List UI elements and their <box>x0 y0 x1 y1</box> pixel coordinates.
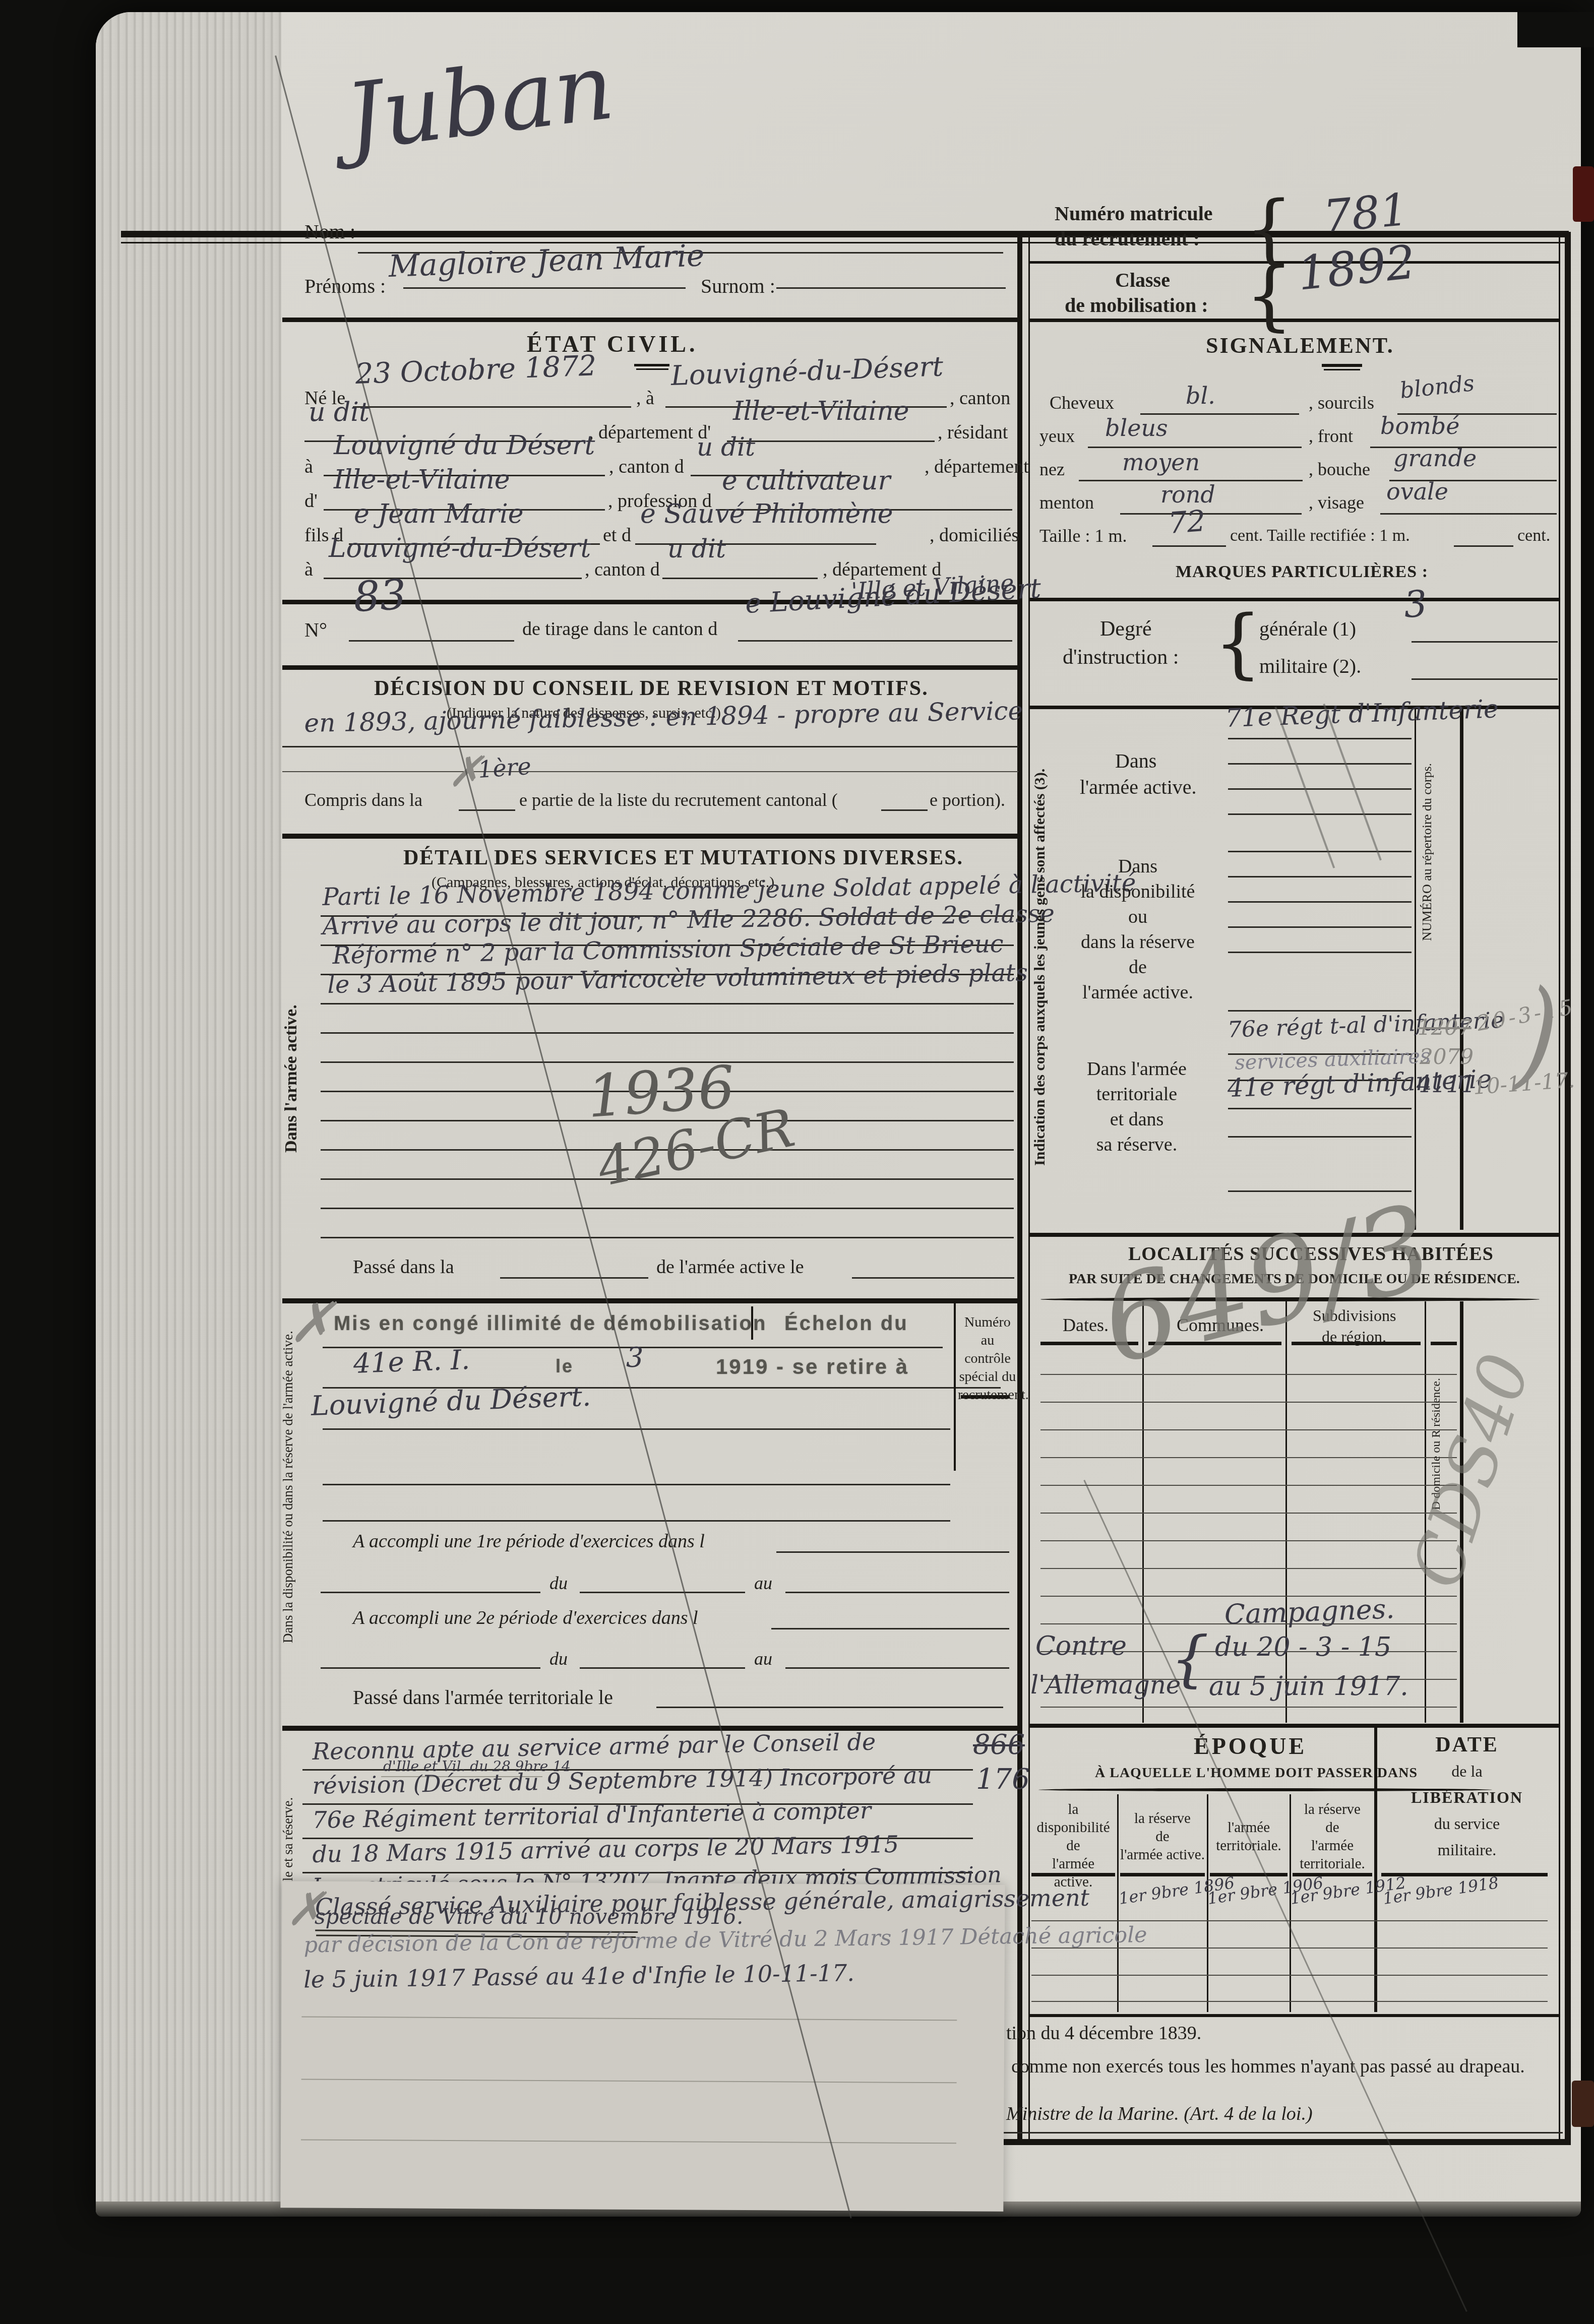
controle-divider <box>954 1302 956 1471</box>
pasted-slip: ✗ Classé service Auxiliaire pour faibles… <box>280 1881 1005 2211</box>
canton3-label: , canton d <box>585 558 660 581</box>
book-page-stack-edge <box>96 12 281 2216</box>
controle-label-line: Numéro <box>958 1313 1017 1332</box>
brace-glyph: { <box>1245 252 1293 340</box>
a2-label: à <box>304 456 313 478</box>
section-rule <box>282 665 1018 670</box>
tirage-label: de tirage dans le canton d <box>522 618 717 640</box>
table-row-line <box>1031 1920 1548 1921</box>
label-line: territoriale <box>1074 1082 1200 1107</box>
write-line <box>301 2016 957 2021</box>
write-line <box>1380 513 1557 515</box>
neighbor-page-red-mark <box>1573 166 1594 222</box>
compris-value: 1ère <box>477 752 532 783</box>
tirage-numero-label: N° <box>304 618 327 642</box>
d-label: d' <box>304 490 318 512</box>
a-label: , à <box>636 387 654 409</box>
write-line <box>656 1707 1003 1708</box>
footer-fragment-2: comme non exercés tous les hommes n'ayan… <box>1011 2055 1525 2078</box>
cent-label: cent. <box>1517 526 1550 545</box>
epoque-col1-header: la disponibilité de l'armée active. <box>1031 1800 1115 1891</box>
write-line <box>738 640 1012 642</box>
demob-annee-stamp: 1919 - se retire à <box>716 1355 909 1379</box>
label-line: de <box>1070 955 1206 980</box>
title-underline <box>1322 364 1362 367</box>
taille-label: Taille : 1 m. <box>1039 525 1127 546</box>
residence-value: Louvigné du Désert <box>334 430 595 461</box>
write-line <box>776 1551 1009 1553</box>
decision-title: DÉCISION DU CONSEIL DE REVISION ET MOTIF… <box>374 676 929 701</box>
du-label: du <box>549 1573 568 1594</box>
right-border-thin <box>1559 232 1560 2140</box>
table-row-line <box>1040 1374 1457 1375</box>
section-rule <box>282 318 1018 322</box>
write-line <box>1228 952 1412 953</box>
degre-label-line2: d'instruction : <box>1063 645 1179 669</box>
write-line <box>1454 545 1513 547</box>
matricule-value: 781 <box>1321 183 1410 242</box>
campagnes-du: du 20 - 3 - 15 <box>1215 1632 1391 1662</box>
header-line: de la <box>1381 1758 1553 1784</box>
compris-label-1: Compris dans la <box>304 789 422 810</box>
periode2-label: A accompli une 2e période d'exercices da… <box>353 1607 698 1629</box>
write-line <box>282 746 1018 747</box>
demob-stamp-text: Mis en congé illimité de démobilisation <box>334 1312 767 1335</box>
canton3-value: u dit <box>667 534 726 563</box>
write-line <box>1120 513 1302 515</box>
write-line <box>1228 1136 1412 1138</box>
write-line <box>301 2079 957 2083</box>
domicilies-label: , domiciliés <box>930 524 1019 546</box>
write-line <box>662 578 818 579</box>
header-line: la <box>1031 1800 1115 1818</box>
campagnes-contre: Contre <box>1035 1631 1127 1661</box>
write-line <box>301 2139 956 2144</box>
canton2-value: u dit <box>697 432 755 462</box>
corps-row-0-numero: 1207 <box>1418 1015 1472 1040</box>
header-line: l'armée active. <box>1120 1846 1205 1864</box>
nom-label: Nom : <box>304 220 355 243</box>
title-underline <box>1324 369 1360 370</box>
row-rule <box>1028 598 1559 601</box>
passe-active-label-1: Passé dans la <box>353 1256 454 1278</box>
residant-label: , résidant <box>938 421 1008 444</box>
yeux-value: bleus <box>1105 414 1168 442</box>
title-underline <box>634 364 669 366</box>
write-line <box>1228 763 1412 765</box>
write-line <box>1228 738 1412 739</box>
domicile-value: Louvigné-du-Désert <box>329 533 591 563</box>
margin-label-armee-active: Dans l'armée active. <box>281 882 303 1275</box>
header-line: du service <box>1381 1810 1553 1837</box>
label-line: l'armée active. <box>1070 980 1206 1005</box>
numero-column-border <box>1460 706 1463 1230</box>
controle-label-line: spécial du <box>958 1368 1017 1386</box>
corps-dispo-label: Dans la disponibilité ou dans la réserve… <box>1070 854 1206 1005</box>
table-row-line <box>1040 1513 1457 1514</box>
header-line: de <box>1120 1828 1205 1846</box>
write-line <box>321 1003 1014 1004</box>
canton-value: u dit <box>309 397 370 427</box>
instruction-generale-label: générale (1) <box>1259 617 1356 641</box>
write-line <box>852 1277 1014 1279</box>
marques-label: MARQUES PARTICULIÈRES : <box>1176 562 1428 582</box>
menton-value: rond <box>1160 481 1215 508</box>
surnom-label: Surnom : <box>701 274 775 298</box>
write-line <box>323 1428 950 1430</box>
footer-fragment-1: tion du 4 décembre 1839. <box>1006 2022 1201 2044</box>
taille-rectifiee-label: cent. Taille rectifiée : 1 m. <box>1230 526 1410 545</box>
controle-label-line: recrutement. <box>958 1386 1017 1404</box>
header-line: de <box>1031 1837 1115 1855</box>
table-row-line <box>1040 1568 1457 1569</box>
demob-unite-value: 41e R. I. <box>353 1344 470 1379</box>
echelon-stamp-text: Échelon du <box>784 1312 908 1335</box>
write-line <box>1152 545 1226 547</box>
bouche-value: grande <box>1393 445 1477 472</box>
write-line <box>1412 641 1558 643</box>
section-rule <box>282 834 1018 839</box>
campagnes-brace: { <box>1171 1624 1209 1694</box>
table-row-line <box>1040 1457 1457 1458</box>
write-line <box>1412 678 1558 680</box>
write-line <box>321 1592 540 1593</box>
slip-line-3: le 5 juin 1917 Passé au 41e d'Infie le 1… <box>303 1959 854 1993</box>
label-line: dans la réserve <box>1070 929 1206 955</box>
write-line <box>727 441 935 442</box>
write-line <box>785 1667 1009 1669</box>
front-label: , front <box>1309 425 1353 447</box>
campagnes-pays: l'Allemagne <box>1030 1670 1181 1700</box>
au-label: au <box>754 1648 772 1669</box>
prenoms-label: Prénoms : <box>304 274 386 298</box>
table-row-line <box>1040 1429 1457 1430</box>
label-line: et dans <box>1074 1107 1200 1132</box>
epoque-date-header: DATE de la LIBÉRATION du service militai… <box>1381 1732 1553 1863</box>
epoque-subtitle: À LAQUELLE L'HOMME DOIT PASSER DANS <box>1095 1765 1418 1781</box>
footer-fragment-3: Ministre de la Marine. (Art. 4 de la loi… <box>1006 2103 1313 2125</box>
departement-value: Ille-et-Vilaine <box>733 396 909 426</box>
corps-territoriale-label: Dans l'armée territoriale et dans sa rés… <box>1074 1056 1200 1157</box>
label-line: ou <box>1070 904 1206 929</box>
row-rule <box>1028 261 1559 264</box>
au-label: au <box>754 1573 772 1594</box>
corps-row-1-numero: 2079 <box>1420 1044 1474 1069</box>
sourcils-label: , sourcils <box>1309 392 1374 413</box>
write-line <box>459 809 515 811</box>
table-row-line <box>1040 1707 1457 1708</box>
corps-row-2-numero: 4111 <box>1417 1071 1476 1098</box>
write-line <box>353 406 631 408</box>
controle-label: Numéro au contrôle spécial du recrutemen… <box>958 1313 1017 1404</box>
header-line: la réserve <box>1120 1809 1205 1828</box>
pencil-x-mark: ✗ <box>288 1290 335 1355</box>
degre-label-line1: Degré <box>1100 617 1152 641</box>
departement2-label: , département <box>925 456 1029 478</box>
corps-active-label-1: Dans <box>1115 749 1156 773</box>
header-line: la réserve <box>1293 1800 1372 1818</box>
le-stamp: le <box>556 1356 574 1377</box>
write-line <box>1088 447 1302 448</box>
taille-value: 72 <box>1167 504 1206 540</box>
classe-label-line2: de mobilisation : <box>1065 293 1208 317</box>
corps-active-label-2: l'armée active. <box>1080 775 1197 799</box>
periode1-label: A accompli une 1re période d'exercices d… <box>353 1530 705 1552</box>
table-row-line <box>1040 1540 1457 1541</box>
canton-label: , canton <box>950 387 1010 409</box>
column-divider-thin <box>1028 232 1030 2140</box>
pere-value: e Jean Marie <box>354 499 523 529</box>
instruction-generale-value: 3 <box>1402 582 1429 626</box>
bouche-label: , bouche <box>1309 459 1370 480</box>
table-row-line <box>1040 1596 1457 1597</box>
corps-vertical-label: Indication des corps auxquels les jeunes… <box>1031 708 1076 1227</box>
table-row-line <box>1040 1402 1457 1403</box>
campagnes-au: au 5 juin 1917. <box>1209 1671 1408 1702</box>
write-line <box>580 1592 745 1593</box>
header-line: territoriale. <box>1293 1855 1372 1873</box>
canton2-label: , canton d <box>609 456 684 478</box>
margin-number: 176 <box>976 1763 1030 1796</box>
controle-label-line: au contrôle <box>958 1332 1017 1368</box>
write-line <box>1228 813 1412 815</box>
departement-label: , département d' <box>589 421 711 444</box>
section-rule <box>1028 2014 1559 2017</box>
matricule-label-line1: Numéro matricule <box>1055 202 1213 225</box>
du-label: du <box>549 1648 568 1669</box>
territoriale-line-6: spéciale de Vitré du 10 novembre 1916. <box>315 1904 743 1929</box>
cheveux-label: Cheveux <box>1050 392 1114 413</box>
write-line <box>282 771 1018 772</box>
numero-column-divider <box>1415 706 1416 1230</box>
write-line <box>323 1484 950 1485</box>
table-row-line <box>1040 1485 1457 1486</box>
write-line <box>1228 876 1412 877</box>
a3-label: à <box>304 558 313 581</box>
menton-label: menton <box>1039 492 1094 513</box>
write-line <box>321 1032 1014 1034</box>
neighbor-page-brown-mark <box>1572 2081 1594 2127</box>
write-line <box>1228 926 1412 928</box>
brace-glyph: { <box>1214 600 1262 687</box>
table-divider <box>1117 1794 1119 2012</box>
header-line: disponibilité <box>1031 1818 1115 1837</box>
nez-value: moyen <box>1122 449 1200 476</box>
table-row-line <box>1031 2001 1548 2002</box>
section-rule <box>282 1726 1018 1731</box>
write-line <box>881 809 928 811</box>
matricule-label-line2: du recrutement : <box>1055 227 1200 250</box>
header-rule-seg <box>1431 1342 1457 1345</box>
epoque-col4-header: la réserve de l'armée territoriale. <box>1293 1800 1372 1873</box>
header-line: LIBÉRATION <box>1381 1784 1553 1810</box>
mere-value: e Sauvé Philomène <box>640 499 893 529</box>
passe-active-label-2: de l'armée active le <box>656 1256 804 1278</box>
passe-territoriale-label: Passé dans l'armée territoriale le <box>353 1685 613 1709</box>
header-line: DATE <box>1381 1732 1553 1758</box>
row-rule <box>1028 319 1559 322</box>
visage-value: ovale <box>1386 478 1448 505</box>
write-line <box>771 1628 1009 1629</box>
classe-label-line1: Classe <box>1115 268 1170 292</box>
write-line <box>1228 788 1412 790</box>
margin-label-disponibilite: Dans la disponibilité ou dans la réserve… <box>280 1310 323 1663</box>
front-value: bombé <box>1380 412 1459 439</box>
yeux-label: yeux <box>1039 425 1075 447</box>
label-line: la disponibilité <box>1070 879 1206 904</box>
signalement-title: SIGNALEMENT. <box>1206 333 1394 358</box>
label-line: Dans l'armée <box>1074 1056 1200 1082</box>
departement2-value: Ille-et-Vilaine <box>334 465 510 495</box>
tirage-numero-value: 83 <box>352 571 407 621</box>
compris-label-3: e portion). <box>930 789 1005 810</box>
label-line: sa réserve. <box>1074 1132 1200 1157</box>
localites-col-dates: Dates. <box>1063 1314 1109 1336</box>
write-line <box>321 1667 540 1669</box>
profession-value: e cultivateur <box>722 466 890 496</box>
write-line <box>500 1277 648 1279</box>
campagnes-title: Campagnes. <box>1224 1593 1395 1630</box>
header-line: l'armée <box>1293 1837 1372 1855</box>
title-underline <box>636 368 668 370</box>
nez-label: nez <box>1039 459 1065 480</box>
corner-shadow <box>1517 12 1594 47</box>
compris-label-2: e partie de la liste du recrutement cant… <box>519 789 838 810</box>
write-line <box>321 1237 1014 1238</box>
write-line <box>1228 851 1412 852</box>
visage-label: , visage <box>1309 492 1364 513</box>
cheveux-value: bl. <box>1186 382 1215 409</box>
instruction-militaire-label: militaire (2). <box>1259 654 1361 678</box>
write-line <box>1228 1108 1412 1109</box>
table-row-line <box>1031 1975 1548 1976</box>
header-line: l'armée <box>1210 1818 1288 1837</box>
margin-number-struck: 866 <box>973 1729 1025 1761</box>
header-line: de <box>1293 1818 1372 1837</box>
section-rule <box>282 1298 1018 1303</box>
et-de-label: et d <box>603 524 631 546</box>
header-line: militaire. <box>1381 1837 1553 1863</box>
header-rule-seg <box>1120 1873 1205 1876</box>
write-line <box>580 1667 745 1669</box>
column-divider-heavy <box>1017 232 1022 2140</box>
write-line <box>776 287 1006 289</box>
write-line <box>403 287 686 289</box>
write-line <box>323 1520 950 1522</box>
section-rule <box>1028 1724 1559 1728</box>
label-line: Dans <box>1070 854 1206 879</box>
scanned-ledger-page: Juban Nom : Prénoms : Magloire Jean Mari… <box>0 0 1594 2324</box>
header-rule-seg <box>1381 1873 1548 1876</box>
right-border-heavy <box>1565 232 1571 2140</box>
demob-jour-value: 3 <box>626 1342 643 1373</box>
numero-repertoire-label: NUMÉRO au répertoire du corps. <box>1420 711 1455 993</box>
write-line <box>1228 901 1412 903</box>
epoque-col2-header: la réserve de l'armée active. <box>1120 1809 1205 1864</box>
write-line <box>321 1208 1014 1209</box>
write-line <box>785 1592 1009 1593</box>
